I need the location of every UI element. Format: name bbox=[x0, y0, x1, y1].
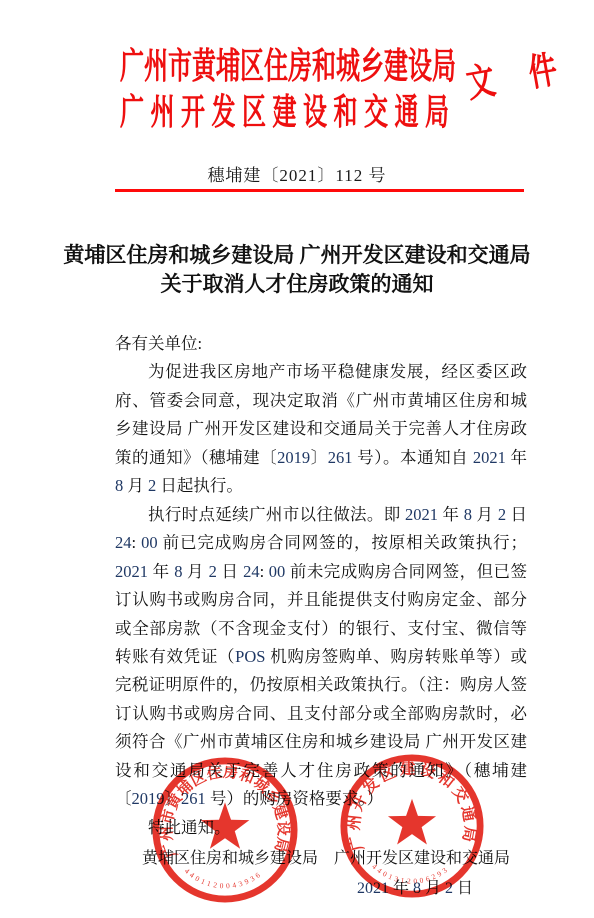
document-title-line2: 关于取消人才住房政策的通知 bbox=[47, 270, 547, 299]
signature-left-agency: 黄埔区住房和城乡建设局 bbox=[142, 845, 318, 868]
letterhead-agency-1: 广州市黄埔区住房和城乡建设局 bbox=[120, 36, 456, 89]
document-body: 各有关单位: 为促进我区房地产市场平稳健康发展，经区委区政府、管委会同意，现决定… bbox=[115, 330, 527, 842]
svg-text:4401120043936: 4401120043936 bbox=[183, 866, 264, 890]
document-title: 黄埔区住房和城乡建设局 广州开发区建设和交通局 关于取消人才住房政策的通知 bbox=[47, 241, 547, 299]
paragraph-1: 为促进我区房地产市场平稳健康发展，经区委区政府、管委会同意，现决定取消《广州市黄… bbox=[115, 358, 527, 500]
letterhead-doc-type: 文 件 bbox=[462, 38, 575, 109]
salutation: 各有关单位: bbox=[115, 330, 527, 358]
signature-right-agency: 广州开发区建设和交通局 bbox=[334, 845, 510, 868]
document-title-line1: 黄埔区住房和城乡建设局 广州开发区建设和交通局 bbox=[47, 241, 547, 270]
red-divider-rule bbox=[115, 189, 524, 192]
letterhead-agency-2: 广州开发区建设和交通局 bbox=[120, 82, 456, 135]
document-page: { "colors": { "header_red": "#ee0f0f", "… bbox=[0, 0, 594, 918]
signature-date: 2021 年 8 月 2 日 bbox=[357, 875, 473, 898]
document-number: 穗埔建〔2021〕112 号 bbox=[0, 161, 594, 186]
paragraph-2: 执行时点延续广州市以往做法。即 2021 年 8 月 2 日 24: 00 前已… bbox=[115, 501, 527, 814]
seal-code: 4401120043936 bbox=[183, 866, 264, 890]
paragraph-3: 特此通知。 bbox=[115, 814, 527, 842]
